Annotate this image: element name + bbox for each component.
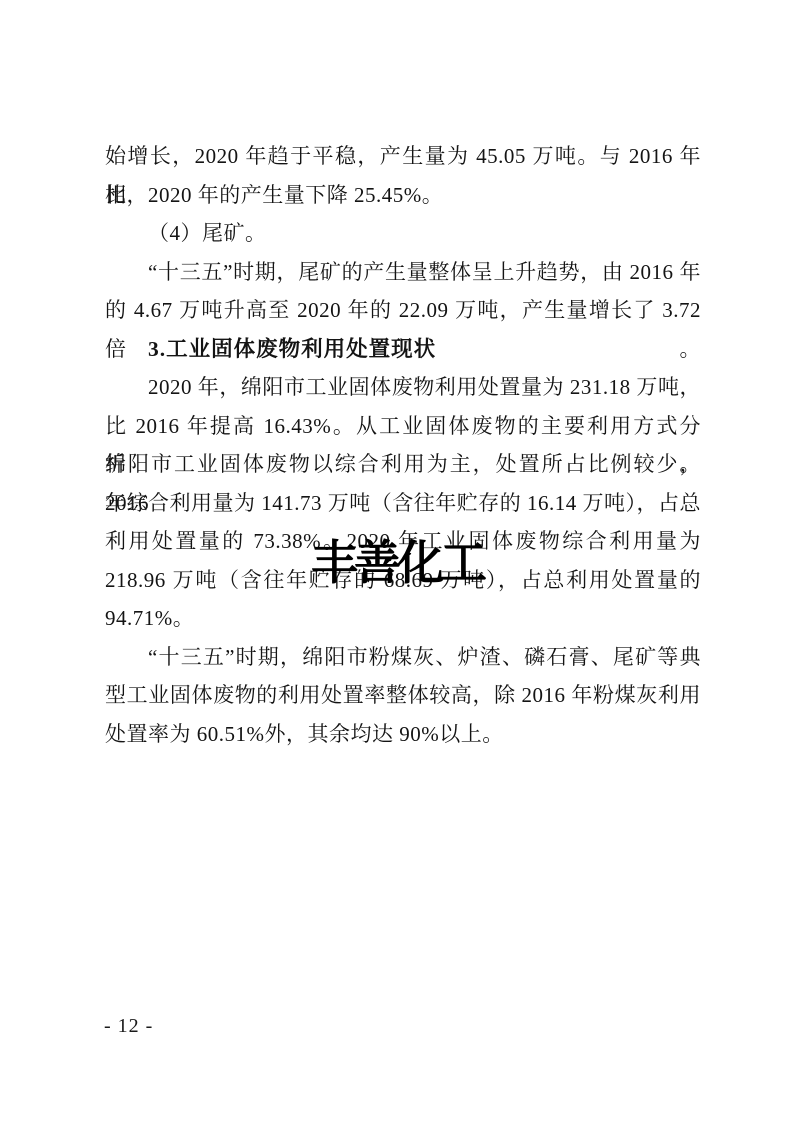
text-line: 绵阳市工业固体废物以综合利用为主，处置所占比例较少。2016 (105, 445, 701, 484)
text-line: 比 2016 年提高 16.43%。从工业固体废物的主要利用方式分析， (105, 407, 701, 446)
body-text: 始增长，2020 年趋于平稳，产生量为 45.05 万吨。与 2016 年相比，… (105, 137, 701, 753)
text-line: 年综合利用量为 141.73 万吨（含往年贮存的 16.14 万吨），占总 (105, 484, 701, 523)
text-line: 2020 年，绵阳市工业固体废物利用处置量为 231.18 万吨， (105, 368, 701, 407)
text-line: “十三五”时期，尾矿的产生量整体呈上升趋势，由 2016 年 (105, 253, 701, 292)
text-line: 处置率为 60.51%外，其余均达 90%以上。 (105, 715, 701, 754)
text-line: 94.71%。 (105, 599, 701, 638)
text-line: 始增长，2020 年趋于平稳，产生量为 45.05 万吨。与 2016 年相 (105, 137, 701, 176)
watermark-text: 丰善化工 (311, 537, 483, 589)
text-line: 的 4.67 万吨升高至 2020 年的 22.09 万吨，产生量增长了 3.7… (105, 291, 701, 330)
text-line: 比，2020 年的产生量下降 25.45%。 (105, 176, 701, 215)
document-page: 始增长，2020 年趋于平稳，产生量为 45.05 万吨。与 2016 年相比，… (0, 0, 793, 1122)
text-line: （4）尾矿。 (105, 214, 701, 253)
text-line: 型工业固体废物的利用处置率整体较高，除 2016 年粉煤灰利用 (105, 676, 701, 715)
text-line: “十三五”时期，绵阳市粉煤灰、炉渣、磷石膏、尾矿等典 (105, 638, 701, 677)
page-number: - 12 - (104, 1015, 153, 1038)
